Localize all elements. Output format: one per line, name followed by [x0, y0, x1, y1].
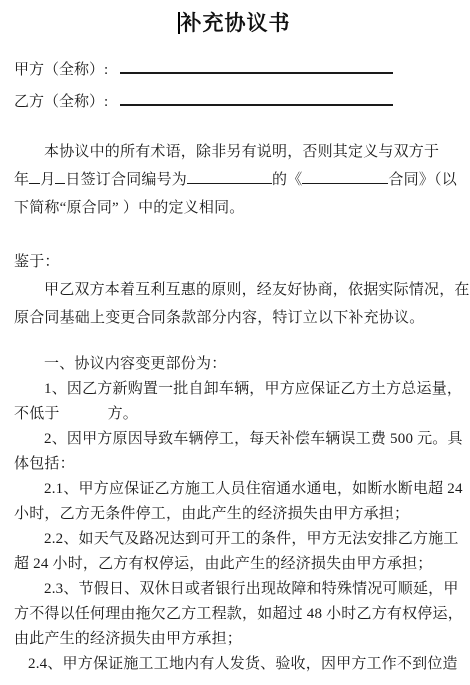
- document-body: 本协议中的所有术语，除非另有说明，否则其定义与双方于年月日签订合同编号为的《合同…: [14, 138, 454, 677]
- document-line: 2.2、如天气及路况达到可开工的条件，甲方无法安排乙方施工: [14, 527, 454, 552]
- document-line: 下简称“原合同” ）中的定义相同。: [14, 194, 454, 222]
- blank-underline[interactable]: [302, 170, 388, 184]
- blank-space: [60, 417, 108, 418]
- party-b-line: 乙方（全称）:: [14, 90, 454, 110]
- party-a-line: 甲方（全称）:: [14, 58, 454, 78]
- party-b-blank-underline[interactable]: [120, 90, 393, 106]
- document-line: 2.4、甲方保证施工工地内有人发货、验收，因甲方工作不到位造: [14, 652, 454, 677]
- party-a-blank-underline[interactable]: [120, 58, 393, 74]
- document-line: 甲乙双方本着互利互惠的原则，经友好协商，依据实际情况，在: [14, 276, 454, 304]
- blank-underline[interactable]: [187, 170, 272, 184]
- document-line: 年月日签订合同编号为的《合同》（以: [14, 166, 454, 194]
- document-line: 不低于方。: [14, 402, 454, 427]
- document-line: 2.3、节假日、双休日或者银行出现故障和特殊情况可顺延，甲: [14, 577, 454, 602]
- document-line: 一、协议内容变更部份为：: [14, 352, 454, 377]
- text-cursor-icon: [178, 12, 180, 34]
- title-row: 补充协议书: [14, 0, 454, 32]
- document-line: 原合同基础上变更合同条款部分内容，特订立以下补充协议。: [14, 304, 454, 332]
- blank-underline[interactable]: [29, 170, 40, 184]
- document-line: 小时，乙方无条件停工，由此产生的经济损失由甲方承担；: [14, 502, 454, 527]
- party-a-label: 甲方（全称）:: [14, 62, 108, 78]
- document-line: 体包括：: [14, 452, 454, 477]
- party-b-label: 乙方（全称）:: [14, 94, 108, 110]
- document-line: 由此产生的经济损失由甲方承担；: [14, 627, 454, 652]
- page-title: 补充协议书: [181, 11, 291, 35]
- document-line: 超 24 小时，乙方有权停运，由此产生的经济损失由甲方承担；: [14, 552, 454, 577]
- document-line: 2、因甲方原因导致车辆停工，每天补偿车辆误工费 500 元。具: [14, 427, 454, 452]
- document-page: 补充协议书 甲方（全称）: 乙方（全称）: 本协议中的所有术语，除非另有说明，否…: [0, 0, 470, 685]
- document-line: 鉴于：: [14, 248, 454, 276]
- document-line: 2.1、甲方应保证乙方施工人员住宿通水通电，如断水断电超 24: [14, 477, 454, 502]
- blank-underline[interactable]: [55, 170, 65, 184]
- document-line: 方不得以任何理由拖欠乙方工程款，如超过 48 小时乙方有权停运，: [14, 602, 454, 627]
- document-line: 本协议中的所有术语，除非另有说明，否则其定义与双方于: [14, 138, 454, 166]
- document-line: 1、因乙方新购置一批自卸车辆，甲方应保证乙方土方总运量，: [14, 377, 454, 402]
